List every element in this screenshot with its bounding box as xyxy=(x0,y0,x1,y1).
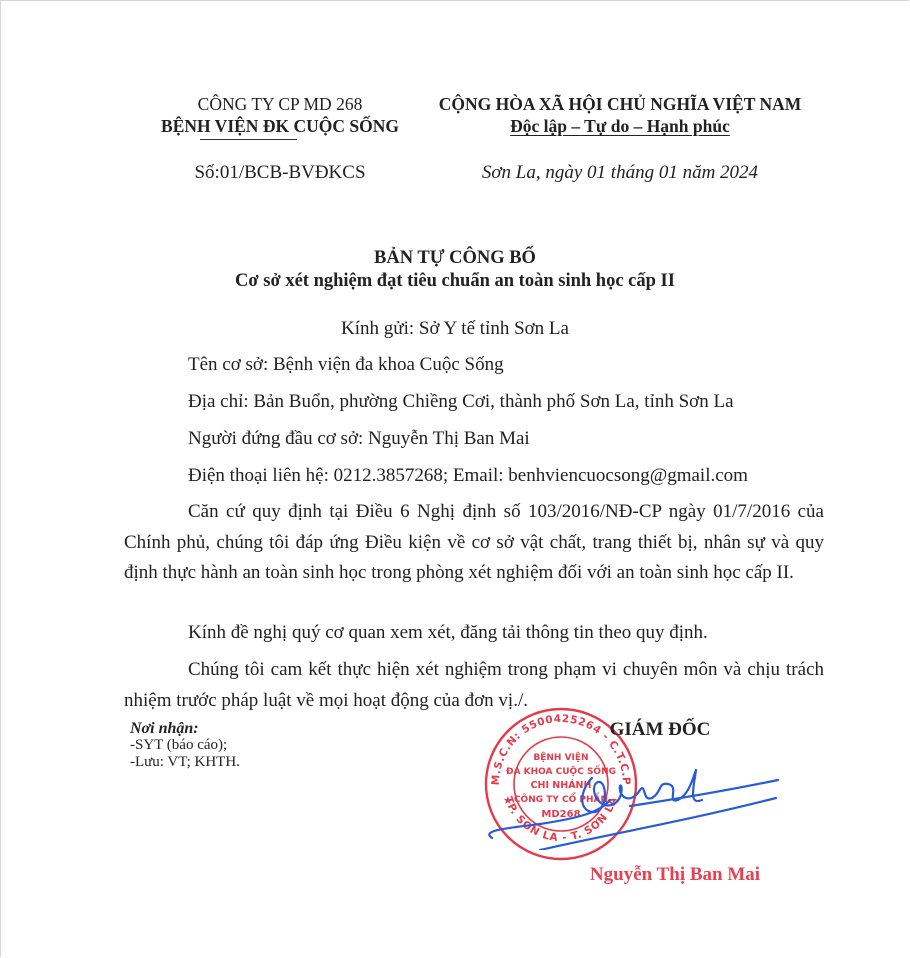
document-title: BẢN TỰ CÔNG BỐ Cơ sở xét nghiệm đạt tiêu… xyxy=(0,247,910,293)
recipients-block: Nơi nhận: -SYT (báo cáo); -Lưu: VT; KHTH… xyxy=(130,720,240,771)
facility-contact: Điện thoại liên hệ: 0212.3857268; Email:… xyxy=(188,465,748,487)
issuer-parent: CÔNG TY CP MD 268 xyxy=(110,93,450,115)
place-date: Sơn La, ngày 01 tháng 01 năm 2024 xyxy=(410,162,830,184)
recipient-item: -Lưu: VT; KHTH. xyxy=(130,754,240,771)
paragraph-commitment: Chúng tôi cam kết thực hiện xét nghiệm t… xyxy=(124,655,824,716)
paragraph-request: Kính đề nghị quý cơ quan xem xét, đăng t… xyxy=(124,618,824,649)
recipients-heading: Nơi nhận: xyxy=(130,720,240,737)
handwritten-signature xyxy=(480,760,780,850)
signer-title: GIÁM ĐỐC xyxy=(560,719,760,741)
paragraph-basis: Căn cứ quy định tại Điều 6 Nghị định số … xyxy=(124,497,824,589)
title-main: BẢN TỰ CÔNG BỐ xyxy=(374,248,536,268)
greeting: Kính gửi: Sở Y tế tỉnh Sơn La xyxy=(0,318,910,340)
facility-address: Địa chỉ: Bản Buổn, phường Chiềng Cơi, th… xyxy=(188,391,734,413)
facility-head: Người đứng đầu cơ sở: Nguyễn Thị Ban Mai xyxy=(188,428,530,450)
national-motto: Độc lập – Tự do – Hạnh phúc xyxy=(510,116,730,136)
country-name: CỘNG HÒA XÃ HỘI CHỦ NGHĨA VIỆT NAM xyxy=(410,93,830,115)
facility-name: Tên cơ sở: Bệnh viện đa khoa Cuộc Sống xyxy=(188,354,504,376)
document-number: Số:01/BCB-BVĐKCS xyxy=(110,162,450,184)
issuer-block: CÔNG TY CP MD 268 BỆNH VIỆN ĐK CUỘC SỐNG xyxy=(110,93,450,137)
issuer-name: BỆNH VIỆN ĐK CUỘC SỐNG xyxy=(110,115,450,137)
title-sub: Cơ sở xét nghiệm đạt tiêu chuẩn an toàn … xyxy=(0,270,910,293)
national-header: CỘNG HÒA XÃ HỘI CHỦ NGHĨA VIỆT NAM Độc l… xyxy=(410,93,830,137)
recipient-item: -SYT (báo cáo); xyxy=(130,737,240,754)
issuer-underline xyxy=(200,139,297,140)
signer-name: Nguyễn Thị Ban Mai xyxy=(540,864,810,886)
